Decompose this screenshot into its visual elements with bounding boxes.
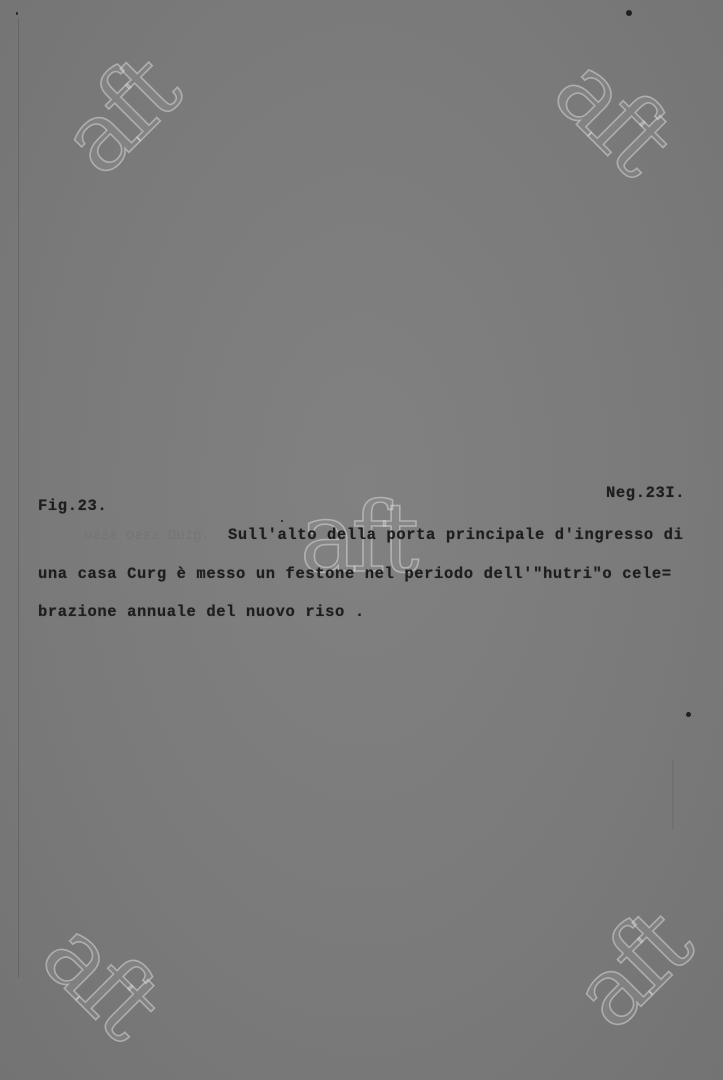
watermark-top-right: aft <box>539 40 687 188</box>
caption-line-3: brazione annuale del nuovo riso . <box>38 603 365 621</box>
watermark-top-left: aft <box>45 42 193 190</box>
paper-crease <box>672 760 674 830</box>
scanned-page: aft aft aft aft aft .giuD ssso ssso Fig.… <box>0 0 723 1080</box>
negative-label: Neg.23I. <box>606 484 685 502</box>
watermark-bottom-right: aft <box>557 896 705 1044</box>
watermark-bottom-left: aft <box>27 904 175 1052</box>
page-left-edge <box>18 18 19 978</box>
ink-speck <box>686 712 691 717</box>
ink-speck <box>16 12 18 15</box>
caption-line-1: Sull'alto della porta principale d'ingre… <box>228 526 683 544</box>
bleed-through-text: .giuD ssso ssso <box>84 528 210 544</box>
ink-speck <box>626 10 632 16</box>
figure-label: Fig.23. <box>38 497 107 515</box>
ink-speck <box>281 520 283 522</box>
caption-line-2: una casa Curg è messo un festone nel per… <box>38 565 672 583</box>
